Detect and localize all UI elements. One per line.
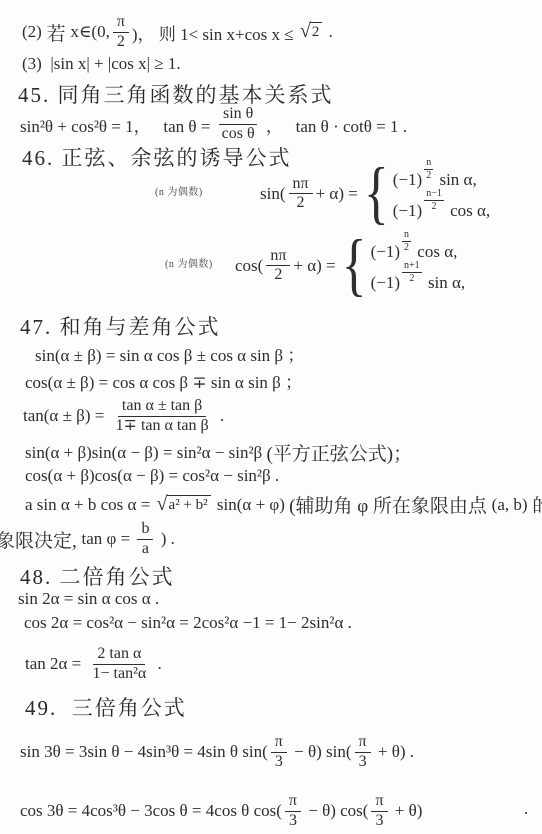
fraction-numerator: π — [355, 733, 371, 752]
math-text: cos α, — [413, 242, 457, 262]
math-text: )， — [132, 20, 159, 45]
math-text: tan 2α = — [25, 654, 86, 674]
math-text: + α) = — [293, 256, 335, 276]
math-text: sin²θ + cos²θ = 1， tan θ = — [20, 112, 215, 137]
exponent-fraction: n 2 — [424, 157, 433, 181]
sin-double-angle: sin 2α = sin α cos α . — [18, 589, 159, 609]
math-text: cos(α ± β) = cos α cos β ∓ sin α sin β ； — [25, 368, 302, 393]
fraction-numerator: π — [371, 792, 387, 811]
cos-double-angle: cos 2α = cos²α − sin²α = 2cos²α −1 = 1− … — [24, 613, 352, 633]
auxiliary-angle-formula: a sin α + b cos α = √ a² + b² sin(α + φ)… — [25, 491, 542, 518]
fraction: nπ 2 — [266, 247, 290, 285]
math-text: . — [153, 654, 162, 674]
condition-label: (n 为偶数) — [165, 255, 213, 270]
case-row: (−1) n+1 2 sin α, — [371, 269, 466, 293]
math-text: cos α, — [446, 201, 490, 221]
sin-product-formula: sin(α + β)sin(α − β) = sin²α − sin²β (平方… — [25, 439, 412, 466]
fraction-numerator: b — [137, 520, 153, 539]
math-text: sin(α ± β) = sin α cos β ± cos α sin β ； — [35, 341, 304, 366]
tan-double-angle: tan 2α = 2 tan α 1− tan²α . — [25, 640, 162, 688]
fraction: sin θ cos θ — [218, 105, 259, 143]
math-text: x∈(0, — [70, 22, 110, 42]
radicand: a² + b² — [167, 495, 211, 514]
math-text: ， tan θ · cotθ = 1 . — [262, 112, 407, 137]
formula-sheet: (2) 若 x∈(0, π 2 )， 则 1< sin x+cos x ≤ √ … — [0, 0, 542, 834]
sin-sum-formula: sin(α ± β) = sin α cos β ± cos α sin β ； — [35, 341, 304, 366]
math-text: cos 2α = cos²α − sin²α = 2cos²α −1 = 1− … — [24, 613, 352, 633]
fraction: π 2 — [113, 13, 129, 51]
fraction-denominator: 3 — [371, 812, 387, 830]
annotation-text: 的 — [528, 491, 542, 518]
fraction-numerator: nπ — [266, 247, 290, 266]
exponent-numerator: n — [424, 157, 433, 170]
fraction-denominator: cos θ — [218, 125, 259, 143]
annotation-text: (平方正弦公式)； — [266, 439, 412, 466]
case-body: cos( nπ 2 + α) = { (−1) n 2 cos α, (−1) — [235, 238, 465, 293]
fraction-denominator: 3 — [271, 753, 287, 771]
case-rows: (−1) n 2 sin α, (−1) n−1 2 cos α, — [393, 166, 490, 221]
fraction-denominator: a — [138, 540, 153, 558]
math-text: (−1) — [393, 201, 422, 221]
sine-induction-case: (n 为偶数) sin( nπ 2 + α) = { (−1) n 2 sin … — [155, 166, 490, 221]
math-text: − θ) sin( — [290, 742, 352, 762]
fraction: nπ 2 — [289, 175, 313, 213]
fraction-numerator: nπ — [289, 175, 313, 194]
exponent-numerator: n−1 — [424, 188, 444, 201]
fraction-numerator: sin θ — [219, 105, 257, 124]
condition-label: (n 为偶数) — [155, 183, 203, 198]
auxiliary-angle-continued: 象限决定, tan φ = b a ) . — [0, 518, 175, 560]
fraction-denominator: 1∓ tan α tan β — [112, 417, 213, 435]
fraction: π 3 — [355, 733, 371, 771]
fraction: π 3 — [371, 792, 387, 830]
fraction: 2 tan α 1− tan²α — [89, 645, 151, 683]
case-row: (−1) n 2 sin α, — [393, 166, 490, 190]
sin-triple-angle: sin 3θ = 3sin θ − 4sin³θ = 4sin θ sin( π… — [20, 730, 414, 774]
math-text: − θ) cos( — [304, 801, 368, 821]
math-text: sin( — [260, 184, 286, 204]
math-text: (−1) — [393, 170, 422, 190]
math-text: . — [216, 406, 225, 426]
fraction-denominator: 2 — [113, 33, 129, 51]
tan-sum-formula: tan(α ± β) = tan α ± tan β 1∓ tan α tan … — [23, 392, 224, 440]
basic-identity-line: sin²θ + cos²θ = 1， tan θ = sin θ cos θ ，… — [20, 102, 407, 146]
brace-icon: { — [364, 158, 389, 228]
fraction-denominator: 1− tan²α — [89, 665, 151, 683]
case-row: (−1) n−1 2 cos α, — [393, 197, 490, 221]
annotation-text: 象限决定, — [0, 526, 82, 553]
item-number: (2) — [22, 22, 42, 42]
math-text: sin α, — [424, 273, 466, 293]
exponent-numerator: n+1 — [402, 260, 422, 273]
fraction-denominator: 2 — [270, 266, 286, 284]
math-text: (−1) — [371, 273, 400, 293]
radical-icon: √ — [157, 494, 168, 514]
math-text: tan φ = — [82, 529, 135, 549]
statement-3: (3) |sin x| + |cos x| ≥ 1. — [22, 54, 181, 74]
cosine-induction-case: (n 为偶数) cos( nπ 2 + α) = { (−1) n 2 cos … — [165, 238, 465, 293]
exponent-denominator: 2 — [402, 242, 411, 254]
radicand: 2 — [310, 22, 323, 41]
math-text: tan(α ± β) = — [23, 406, 109, 426]
math-text: cos 3θ = 4cos³θ − 3cos θ = 4cos θ cos( — [20, 801, 282, 821]
math-text: cos(α + β)cos(α − β) = cos²α − sin²β . — [25, 466, 279, 486]
fraction-denominator: 2 — [293, 194, 309, 212]
exponent-numerator: n — [402, 229, 411, 242]
fraction-numerator: tan α ± tan β — [118, 397, 206, 416]
brace-icon: { — [342, 230, 367, 300]
math-text: + θ) . — [374, 742, 414, 762]
fraction-numerator: π — [113, 13, 129, 32]
square-root: √ a² + b² — [157, 495, 211, 515]
case-row: (−1) n 2 cos α, — [371, 238, 466, 262]
fraction-denominator: 3 — [285, 812, 301, 830]
cos-sum-formula: cos(α ± β) = cos α cos β ∓ sin α sin β ； — [25, 368, 302, 393]
math-text: (a, b) — [492, 495, 528, 515]
fraction-numerator: 2 tan α — [93, 645, 145, 664]
exponent-denominator: 2 — [407, 273, 416, 285]
statement-2: (2) 若 x∈(0, π 2 )， 则 1< sin x+cos x ≤ √ … — [22, 12, 333, 52]
math-text: ) . — [156, 529, 174, 549]
math-text: sin α, — [435, 170, 477, 190]
math-text: (−1) — [371, 242, 400, 262]
fraction: b a — [137, 520, 153, 558]
case-body: sin( nπ 2 + α) = { (−1) n 2 sin α, (−1) — [260, 166, 490, 221]
exponent-denominator: 2 — [430, 201, 439, 213]
item-number: (3) — [22, 54, 42, 74]
case-rows: (−1) n 2 cos α, (−1) n+1 2 sin α, — [371, 238, 466, 293]
fraction: tan α ± tan β 1∓ tan α tan β — [112, 397, 213, 435]
annotation-text: (辅助角 φ 所在象限由点 — [289, 491, 492, 518]
section-49-heading: 49. 三倍角公式 — [25, 692, 187, 722]
math-text: a sin α + b cos α = — [25, 495, 155, 515]
math-text: 若 — [42, 19, 71, 46]
section-47-heading: 47. 和角与差角公式 — [20, 311, 221, 341]
square-root: √ 2 — [300, 22, 322, 42]
exponent-fraction: n 2 — [402, 229, 411, 253]
cos-triple-angle: cos 3θ = 4cos³θ − 3cos θ = 4cos θ cos( π… — [20, 789, 422, 833]
fraction: π 3 — [271, 733, 287, 771]
math-text: sin 3θ = 3sin θ − 4sin³θ = 4sin θ sin( — [20, 742, 268, 762]
math-text: cos( — [235, 256, 263, 276]
math-text: + θ) — [391, 801, 423, 821]
math-text: |sin x| + |cos x| ≥ 1. — [42, 54, 181, 74]
section-48-heading: 48. 二倍角公式 — [20, 561, 175, 591]
math-text: 则 1< sin x+cos x ≤ — [159, 20, 298, 45]
math-text: sin 2α = sin α cos α . — [18, 589, 159, 609]
exponent-denominator: 2 — [424, 170, 433, 182]
exponent-fraction: n−1 2 — [424, 188, 444, 212]
math-text: . — [324, 22, 333, 42]
trailing-period: . — [524, 799, 528, 819]
math-text: sin(α + β)sin(α − β) = sin²α − sin²β — [25, 443, 266, 463]
fraction-numerator: π — [285, 792, 301, 811]
exponent-fraction: n+1 2 — [402, 260, 422, 284]
fraction: π 3 — [285, 792, 301, 830]
radical-icon: √ — [300, 21, 311, 41]
cos-product-formula: cos(α + β)cos(α − β) = cos²α − sin²β . — [25, 466, 279, 486]
math-text: sin(α + φ) — [213, 495, 289, 515]
fraction-numerator: π — [271, 733, 287, 752]
math-text: + α) = — [316, 184, 358, 204]
fraction-denominator: 3 — [355, 753, 371, 771]
